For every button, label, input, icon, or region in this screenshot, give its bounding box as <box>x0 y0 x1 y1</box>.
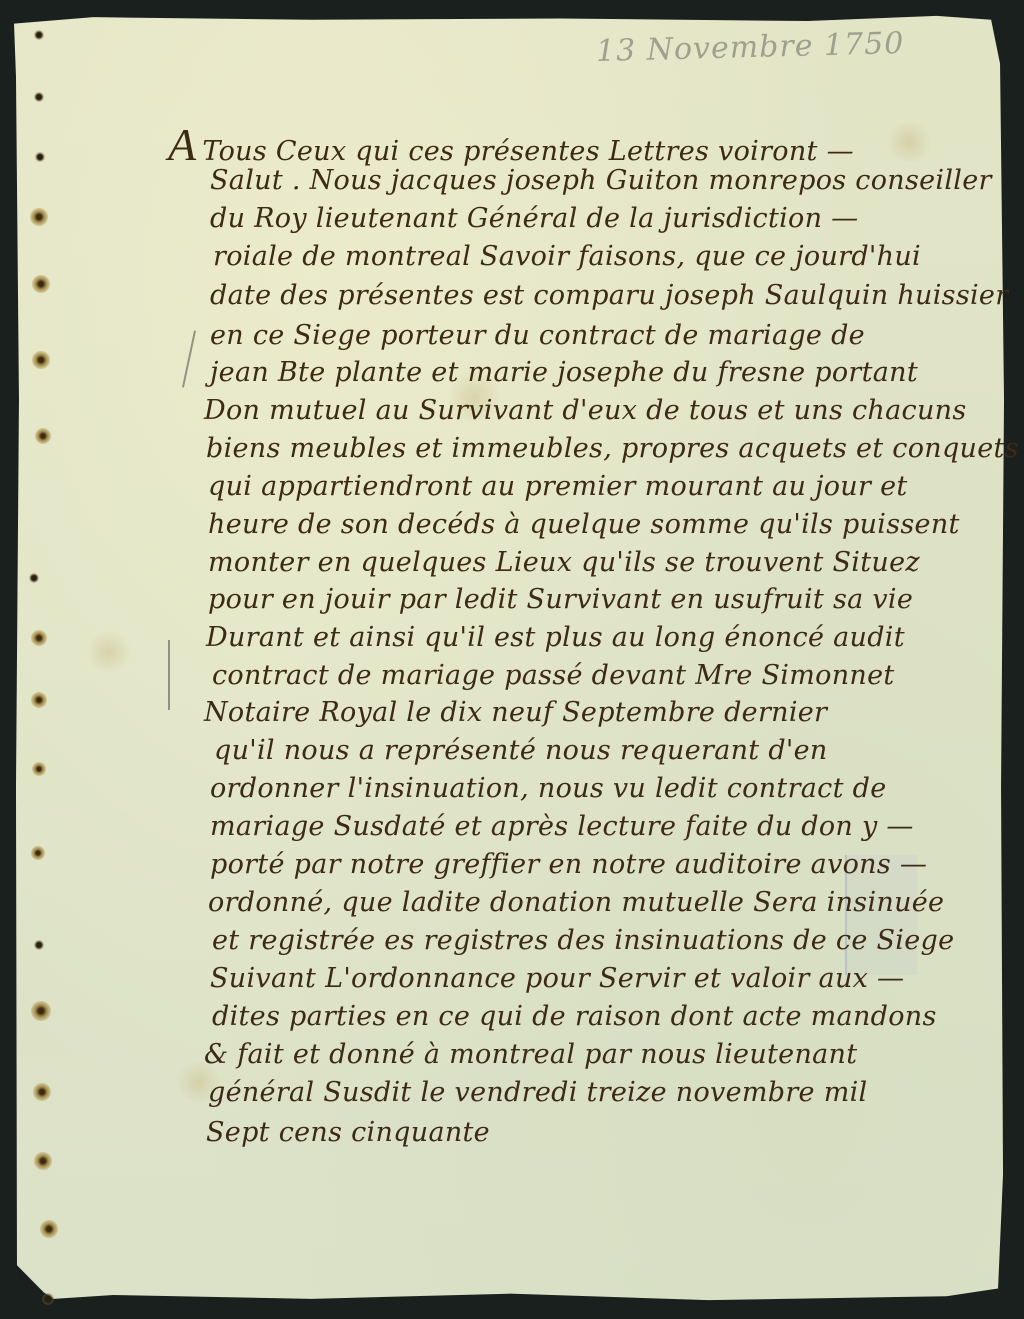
manuscript-line: pour en jouir par ledit Survivant en usu… <box>208 584 913 615</box>
manuscript-line: Suivant L'ordonnance pour Servir et valo… <box>210 963 904 994</box>
manuscript-line: mariage Susdaté et après lecture faite d… <box>210 811 914 842</box>
manuscript-line: Sept cens cinquante <box>206 1117 490 1148</box>
manuscript-line: ordonner l'insinuation, nous vu ledit co… <box>210 773 887 804</box>
manuscript-line: biens meubles et immeubles, propres acqu… <box>206 433 1019 464</box>
manuscript-line: et registrée es registres des insinuatio… <box>212 925 954 956</box>
manuscript-line: général Susdit le vendredi treize novemb… <box>208 1077 868 1108</box>
manuscript-line: Salut . Nous jacques joseph Guiton monre… <box>210 165 992 196</box>
manuscript-line-1: ATous Ceux qui ces présentes Lettres voi… <box>168 118 854 171</box>
manuscript-line: contract de mariage passé devant Mre Sim… <box>212 660 895 691</box>
manuscript-line: du Roy lieutenant Général de la jurisdic… <box>210 203 858 234</box>
manuscript-line: qui appartiendront au premier mourant au… <box>208 471 908 502</box>
manuscript-line: Don mutuel au Survivant d'eux de tous et… <box>204 395 966 426</box>
manuscript-line: en ce Siege porteur du contract de maria… <box>210 320 865 351</box>
manuscript-line: qu'il nous a représenté nous requerant d… <box>214 735 828 766</box>
manuscript-line: dites parties en ce qui de raison dont a… <box>212 1001 937 1032</box>
decorated-initial: A <box>168 119 196 170</box>
manuscript-line: Durant et ainsi qu'il est plus au long é… <box>206 622 905 653</box>
manuscript-line: porté par notre greffier en notre audito… <box>210 849 927 880</box>
scanned-page: 13 Novembre 1750 ATous Ceux qui ces prés… <box>0 0 1024 1319</box>
manuscript-line: date des présentes est comparu joseph Sa… <box>210 280 1008 311</box>
manuscript-line: jean Bte plante et marie josephe du fres… <box>210 357 918 388</box>
manuscript-line: & fait et donné à montreal par nous lieu… <box>204 1039 857 1070</box>
manuscript-line: heure de son decéds à quelque somme qu'i… <box>208 509 960 540</box>
manuscript-line: Notaire Royal le dix neuf Septembre dern… <box>204 697 827 728</box>
manuscript-line: ordonné, que ladite donation mutuelle Se… <box>208 887 944 918</box>
manuscript-line: monter en quelques Lieux qu'ils se trouv… <box>208 547 920 578</box>
manuscript-line: roiale de montreal Savoir faisons, que c… <box>213 241 921 272</box>
line-text: Tous Ceux qui ces présentes Lettres voir… <box>202 136 853 167</box>
manuscript-text: ATous Ceux qui ces présentes Lettres voi… <box>0 0 1024 1319</box>
